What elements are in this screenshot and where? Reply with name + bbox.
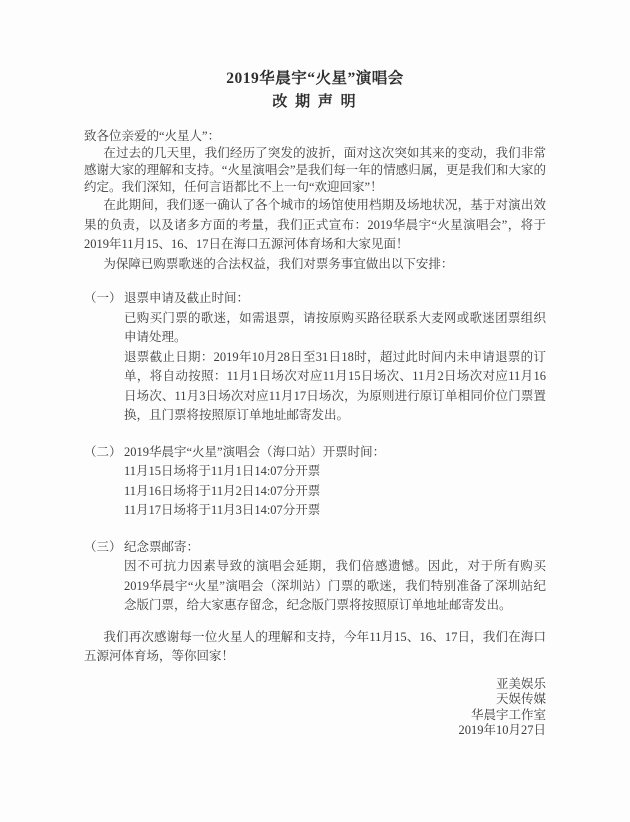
section-paragraph: 11月17日场将于11月3日14:07分开票 — [124, 501, 546, 521]
signature-line: 亚美娱乐 — [84, 677, 546, 693]
section-paragraph: 11月15日场将于11月1日14:07分开票 — [124, 462, 546, 482]
section-paragraph: 因不可抗力因素导致的演唱会延期，我们倍感遗憾。因此，对于所有购买2019华晨宇“… — [124, 557, 546, 616]
intro-paragraph: 为保障已购票歌迷的合法权益，我们对票务事宜做出以下安排： — [84, 255, 546, 275]
intro-paragraph: 在过去的几天里，我们经历了突发的波折，面对这次突如其来的变动，我们非常感谢大家的… — [84, 145, 546, 196]
section-heading: 2019华晨宇“火星”演唱会（海口站）开票时间： — [124, 443, 546, 463]
section-label: （一） — [84, 289, 124, 426]
salutation: 致各位亲爱的“火星人”： — [84, 128, 546, 145]
document-title: 2019华晨宇“火星”演唱会 — [84, 68, 546, 90]
section-label: （三） — [84, 538, 124, 616]
signature-date: 2019年10月27日 — [84, 723, 546, 739]
section-paragraph: 11月16日场将于11月2日14:07分开票 — [124, 482, 546, 502]
section-body: 纪念票邮寄： 因不可抗力因素导致的演唱会延期，我们倍感遗憾。因此，对于所有购买2… — [124, 538, 546, 616]
section-label: （二） — [84, 443, 124, 521]
intro-paragraph: 在此期间，我们逐一确认了各个城市的场馆使用档期及场地状况，基于对演出效果的负责，… — [84, 196, 546, 255]
section-paragraph: 已购买门票的歌迷，如需退票，请按原购买路径联系大麦网或歌迷团票组织申请处理。 — [124, 309, 546, 348]
signature-block: 亚美娱乐 天娱传媒 华晨宇工作室 2019年10月27日 — [84, 677, 546, 739]
section-body: 2019华晨宇“火星”演唱会（海口站）开票时间： 11月15日场将于11月1日1… — [124, 443, 546, 521]
document-subtitle: 改 期 声 明 — [84, 92, 546, 113]
section-paragraph: 退票截止日期：2019年10月28日至31日18时，超过此时间内未申请退票的订单… — [124, 348, 546, 426]
section-body: 退票申请及截止时间： 已购买门票的歌迷，如需退票，请按原购买路径联系大麦网或歌迷… — [124, 289, 546, 426]
section-heading: 退票申请及截止时间： — [124, 289, 546, 309]
statement-document-page: 2019华晨宇“火星”演唱会 改 期 声 明 致各位亲爱的“火星人”： 在过去的… — [0, 0, 630, 822]
closing-paragraph: 我们再次感谢每一位火星人的理解和支持，今年11月15、16、17日，我们在海口五… — [84, 628, 546, 666]
section-heading: 纪念票邮寄： — [124, 538, 546, 558]
section-ticket-sale: （二） 2019华晨宇“火星”演唱会（海口站）开票时间： 11月15日场将于11… — [84, 443, 546, 521]
section-refund: （一） 退票申请及截止时间： 已购买门票的歌迷，如需退票，请按原购买路径联系大麦… — [84, 289, 546, 426]
signature-line: 天娱传媒 — [84, 692, 546, 708]
signature-line: 华晨宇工作室 — [84, 708, 546, 724]
section-souvenir-ticket: （三） 纪念票邮寄： 因不可抗力因素导致的演唱会延期，我们倍感遗憾。因此，对于所… — [84, 538, 546, 616]
